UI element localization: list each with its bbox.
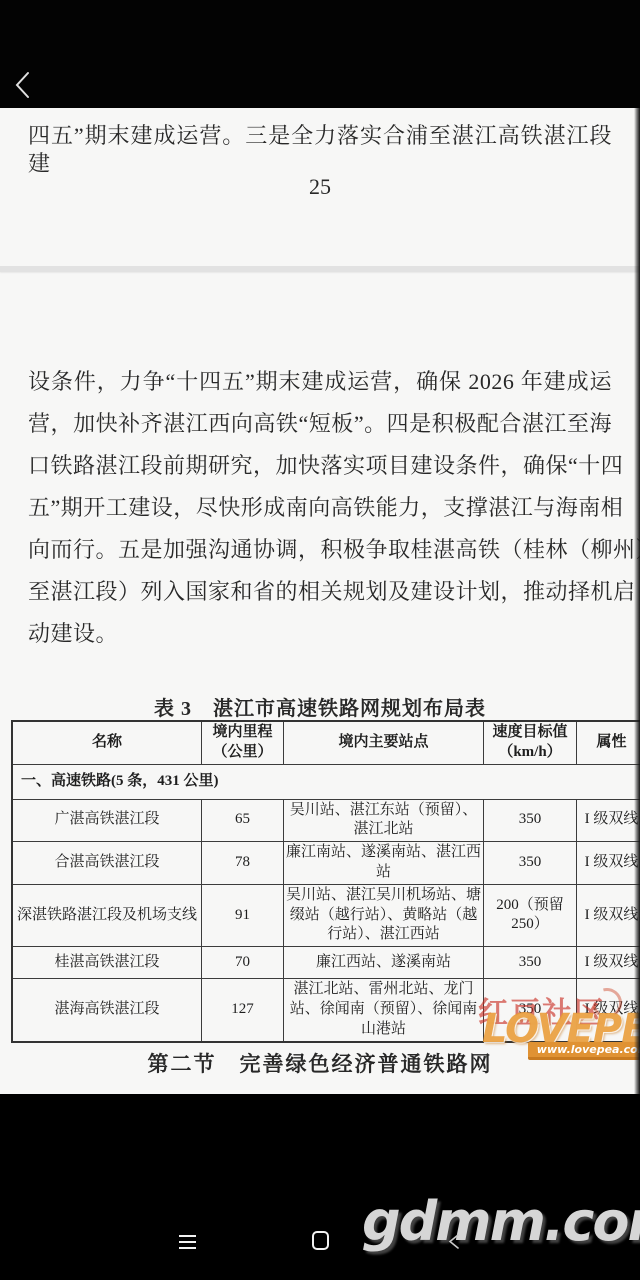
table-row: 桂湛高铁湛江段 70 廉江西站、遂溪南站 350 I 级双线	[12, 947, 640, 979]
paragraph-line: 至湛江段）列入国家和省的相关规划及建设计划，推动择机启	[28, 571, 612, 613]
prev-page-last-line: 四五”期末建成运营。三是全力落实合浦至湛江高铁湛江段建	[28, 122, 612, 178]
cell-mileage: 91	[202, 884, 284, 946]
top-bar	[0, 0, 640, 108]
back-icon[interactable]	[12, 70, 32, 100]
cell-name: 合湛高铁湛江段	[12, 842, 202, 885]
table-row: 合湛高铁湛江段 78 廉江南站、遂溪南站、湛江西站 350 I 级双线	[12, 842, 640, 885]
section-row-label: 一、高速铁路(5 条，431 公里)	[12, 764, 640, 799]
header-stations: 境内主要站点	[284, 721, 484, 764]
header-name: 名称	[12, 721, 202, 764]
cell-attribute: I 级双线	[577, 947, 640, 979]
document-page[interactable]: 四五”期末建成运营。三是全力落实合浦至湛江高铁湛江段建 25 设条件，力争“十四…	[0, 108, 640, 1094]
cell-name: 广湛高铁湛江段	[12, 799, 202, 842]
cell-name: 湛海高铁湛江段	[12, 979, 202, 1042]
cell-attribute: I 级双线	[577, 799, 640, 842]
body-paragraph: 设条件，力争“十四五”期末建成运营，确保 2026 年建成运 营，加快补齐湛江西…	[28, 361, 612, 655]
cell-stations: 吴川站、湛江东站（预留）、湛江北站	[284, 799, 484, 842]
cell-name: 桂湛高铁湛江段	[12, 947, 202, 979]
header-speed: 速度目标值（km/h）	[484, 721, 577, 764]
paragraph-line: 口铁路湛江段前期研究，加快落实项目建设条件，确保“十四	[28, 445, 612, 487]
page-separator	[0, 266, 640, 272]
paragraph-line: 向而行。五是加强沟通协调，积极争取桂湛高铁（桂林（柳州）	[28, 529, 612, 571]
page-number: 25	[0, 174, 640, 200]
paragraph-line: 五”期开工建设，尽快形成南向高铁能力，支撑湛江与海南相	[28, 487, 612, 529]
menu-icon[interactable]	[179, 1235, 196, 1249]
cell-stations: 吴川站、湛江吴川机场站、塘缀站（越行站）、黄略站（越行站）、湛江西站	[284, 884, 484, 946]
cell-mileage: 65	[202, 799, 284, 842]
cell-stations: 廉江西站、遂溪南站	[284, 947, 484, 979]
header-mileage: 境内里程（公里）	[202, 721, 284, 764]
table-title: 表 3 湛江市高速铁路网规划布局表	[0, 692, 640, 721]
table-row: 广湛高铁湛江段 65 吴川站、湛江东站（预留）、湛江北站 350 I 级双线	[12, 799, 640, 842]
page-edge-shadow	[634, 108, 640, 1094]
paragraph-line: 动建设。	[28, 613, 612, 655]
cell-stations: 湛江北站、雷州北站、龙门站、徐闻南（预留）、徐闻南山港站	[284, 979, 484, 1042]
cell-stations: 廉江南站、遂溪南站、湛江西站	[284, 842, 484, 885]
paragraph-line: 营，加快补齐湛江西向高铁“短板”。四是积极配合湛江至海	[28, 403, 612, 445]
cell-speed: 350	[484, 842, 577, 885]
table-row: 深湛铁路湛江段及机场支线 91 吴川站、湛江吴川机场站、塘缀站（越行站）、黄略站…	[12, 884, 640, 946]
table-section-row: 一、高速铁路(5 条，431 公里)	[12, 764, 640, 799]
nav-back-icon[interactable]	[447, 1234, 461, 1249]
cell-mileage: 78	[202, 842, 284, 885]
table-header-row: 名称 境内里程（公里） 境内主要站点 速度目标值（km/h） 属性	[12, 721, 640, 764]
cell-speed: 200（预留 250）	[484, 884, 577, 946]
document-viewer-screen: 四五”期末建成运营。三是全力落实合浦至湛江高铁湛江段建 25 设条件，力争“十四…	[0, 0, 640, 1280]
home-icon[interactable]	[312, 1231, 329, 1250]
cell-mileage: 70	[202, 947, 284, 979]
cell-mileage: 127	[202, 979, 284, 1042]
watermark-url: www.lovepea.com	[528, 1042, 640, 1060]
header-attribute: 属性	[577, 721, 640, 764]
cell-speed: 350	[484, 799, 577, 842]
cell-name: 深湛铁路湛江段及机场支线	[12, 884, 202, 946]
cell-speed: 350	[484, 947, 577, 979]
cell-attribute: I 级双线	[577, 842, 640, 885]
gdmm-watermark: gdmm.com	[362, 1190, 640, 1253]
paragraph-line: 设条件，力争“十四五”期末建成运营，确保 2026 年建成运	[28, 361, 612, 403]
cell-attribute: I 级双线	[577, 884, 640, 946]
